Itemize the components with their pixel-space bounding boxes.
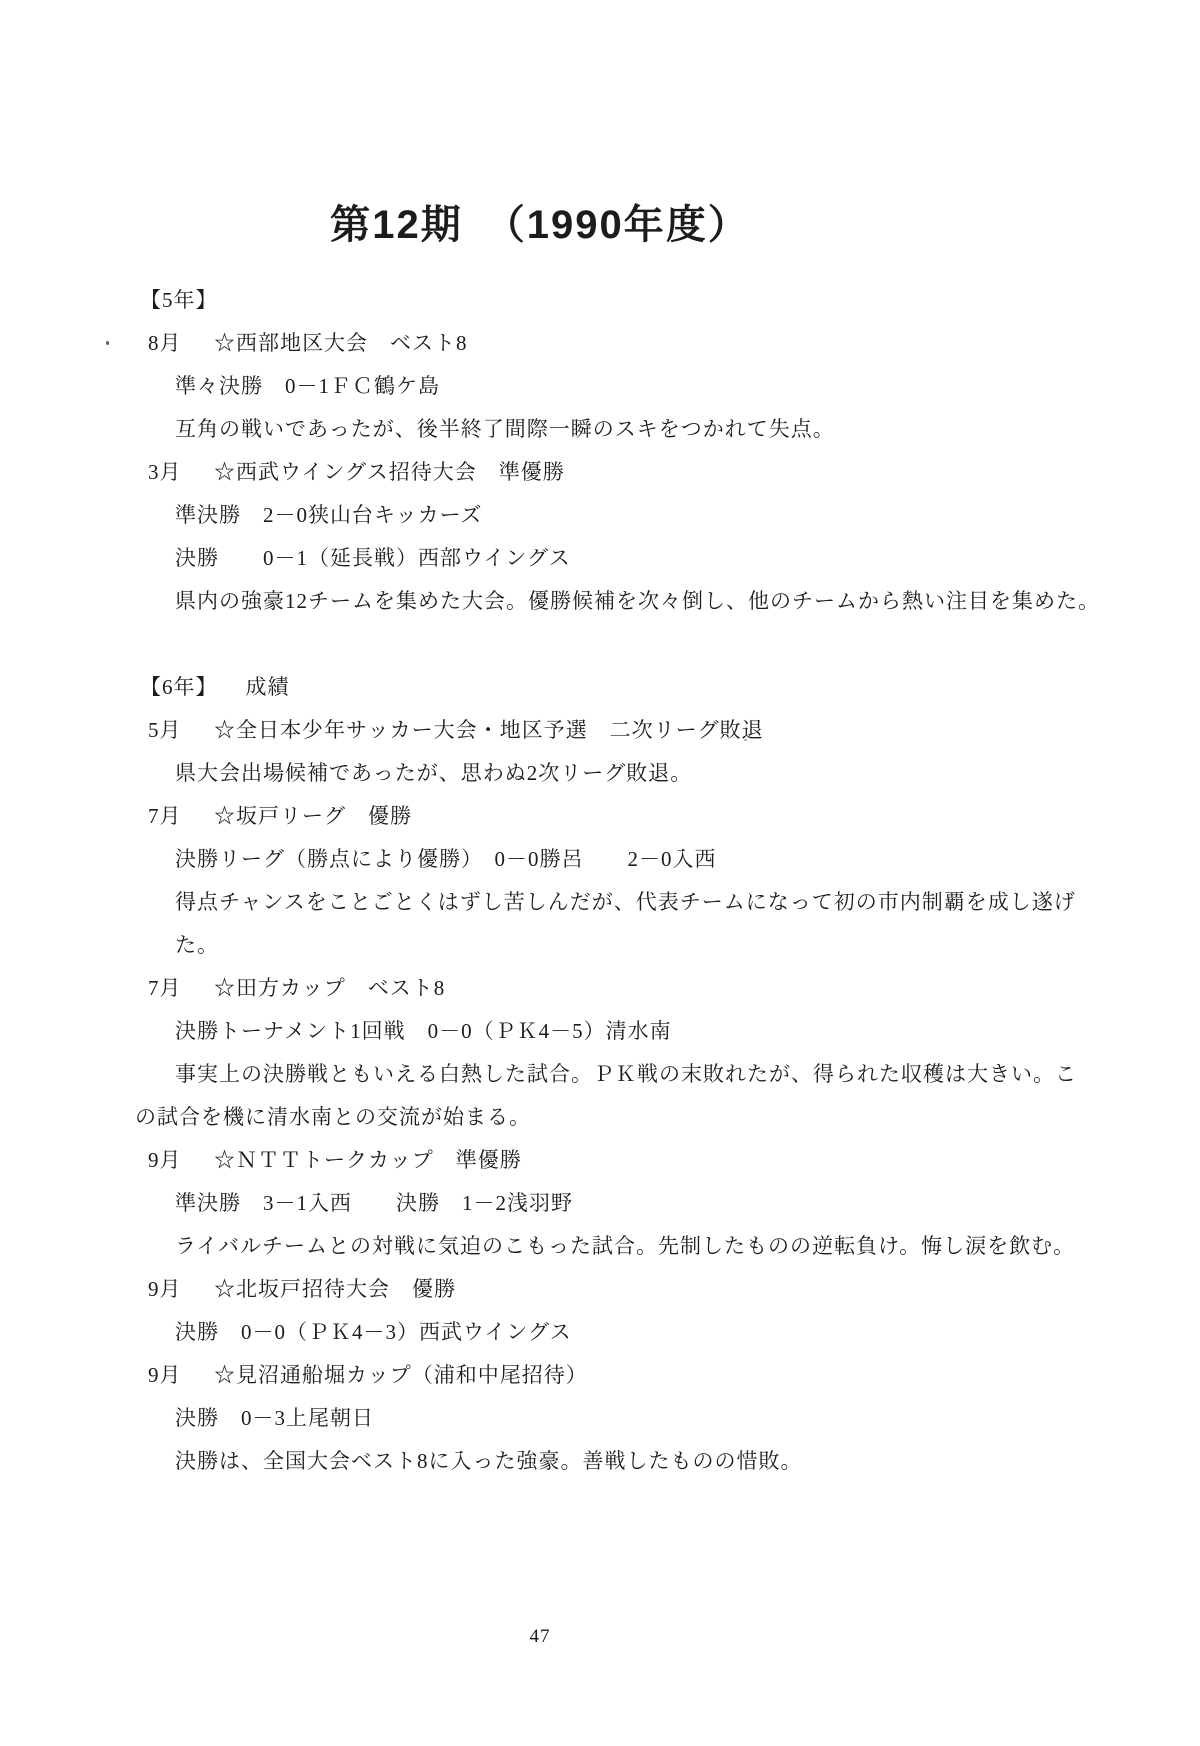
scan-speck xyxy=(744,739,747,741)
entry-line: 県大会出場候補であったが、思わぬ2次リーグ敗退。 xyxy=(0,752,1200,795)
page-number: 47 xyxy=(0,1626,1080,1648)
entry-event: ☆見沼通船堀カップ（浦和中尾招待） xyxy=(214,1363,588,1387)
entry-month: 3月 xyxy=(148,451,192,494)
entry-line: ライバルチームとの対戦に気迫のこもった試合。先制したものの逆転負け。悔し涙を飲む… xyxy=(0,1225,1200,1268)
entry-month: 7月 xyxy=(148,795,192,838)
entry-line: 決勝リーグ（勝点により優勝） 0－0勝呂 2－0入西 xyxy=(0,838,1200,881)
entry-header-line: 3月☆西武ウイングス招待大会 準優勝 xyxy=(0,451,1200,494)
entry-month: 9月 xyxy=(148,1268,192,1311)
entry-header-line: 9月☆見沼通船堀カップ（浦和中尾招待） xyxy=(0,1354,1200,1397)
entry-line: の試合を機に清水南との交流が始まる。 xyxy=(0,1096,1200,1139)
entry-header-line: 7月☆田方カップ ベスト8 xyxy=(0,967,1200,1010)
section-heading-line: 【5年】 xyxy=(0,279,1200,322)
entry-line: た。 xyxy=(0,924,1200,967)
section: 【5年】8月☆西部地区大会 ベスト8準々決勝 0－1ＦＣ鶴ケ島互角の戦いであった… xyxy=(0,279,1200,623)
scanned-document-page: 第12期 （1990年度） 【5年】8月☆西部地区大会 ベスト8準々決勝 0－1… xyxy=(0,0,1200,1746)
entry-line: 得点チャンスをことごとくはずし苦しんだが、代表チームになって初の市内制覇を成し遂… xyxy=(0,881,1200,924)
section: 【6年】成績5月☆全日本少年サッカー大会・地区予選 二次リーグ敗退県大会出場候補… xyxy=(0,666,1200,1483)
entry-month: 8月 xyxy=(148,322,192,365)
entry-event: ☆田方カップ ベスト8 xyxy=(214,976,445,1000)
entry-event: ☆坂戸リーグ 優勝 xyxy=(214,804,412,828)
document-body: 【5年】8月☆西部地区大会 ベスト8準々決勝 0－1ＦＣ鶴ケ島互角の戦いであった… xyxy=(0,279,1200,1483)
entry-month: 5月 xyxy=(148,709,192,752)
section-heading-suffix: 成績 xyxy=(246,675,290,699)
entry-line: 事実上の決勝戦ともいえる白熱した試合。ＰＫ戦の末敗れたが、得られた収穫は大きい。… xyxy=(0,1053,1200,1096)
entry-line: 決勝 0－1（延長戦）西部ウイングス xyxy=(0,537,1200,580)
entry-header-line: 9月☆北坂戸招待大会 優勝 xyxy=(0,1268,1200,1311)
section-heading: 【6年】 xyxy=(140,675,218,699)
entry-month: 9月 xyxy=(148,1354,192,1397)
page-title: 第12期 （1990年度） xyxy=(0,193,1080,250)
entry-line: 準々決勝 0－1ＦＣ鶴ケ島 xyxy=(0,365,1200,408)
entry-line: 決勝は、全国大会ベスト8に入った強豪。善戦したものの惜敗。 xyxy=(0,1440,1200,1483)
entry-header-line: 7月☆坂戸リーグ 優勝 xyxy=(0,795,1200,838)
entry-event: ☆ＮＴＴトークカップ 準優勝 xyxy=(214,1148,522,1172)
entry-line: 互角の戦いであったが、後半終了間際一瞬のスキをつかれて失点。 xyxy=(0,408,1200,451)
entry-event: ☆西武ウイングス招待大会 準優勝 xyxy=(214,460,565,484)
entry-line: 準決勝 2－0狭山台キッカーズ xyxy=(0,494,1200,537)
entry-event: ☆全日本少年サッカー大会・地区予選 二次リーグ敗退 xyxy=(214,718,764,742)
entry-header-line: 8月☆西部地区大会 ベスト8 xyxy=(0,322,1200,365)
entry-header-line: 5月☆全日本少年サッカー大会・地区予選 二次リーグ敗退 xyxy=(0,709,1200,752)
entry-header-line: 9月☆ＮＴＴトークカップ 準優勝 xyxy=(0,1139,1200,1182)
entry-line: 県内の強豪12チームを集めた大会。優勝候補を次々倒し、他のチームから熱い注目を集… xyxy=(0,580,1200,623)
entry-line: 決勝 0－0（ＰＫ4－3）西武ウイングス xyxy=(0,1311,1200,1354)
entry-event: ☆北坂戸招待大会 優勝 xyxy=(214,1277,456,1301)
entry-month: 9月 xyxy=(148,1139,192,1182)
scan-speck xyxy=(106,341,109,345)
entry-line: 決勝トーナメント1回戦 0－0（ＰＫ4－5）清水南 xyxy=(0,1010,1200,1053)
section-heading-line: 【6年】成績 xyxy=(0,666,1200,709)
entry-line: 準決勝 3－1入西 決勝 1－2浅羽野 xyxy=(0,1182,1200,1225)
section-heading: 【5年】 xyxy=(140,288,218,312)
entry-month: 7月 xyxy=(148,967,192,1010)
entry-event: ☆西部地区大会 ベスト8 xyxy=(214,331,468,355)
entry-line: 決勝 0－3上尾朝日 xyxy=(0,1397,1200,1440)
